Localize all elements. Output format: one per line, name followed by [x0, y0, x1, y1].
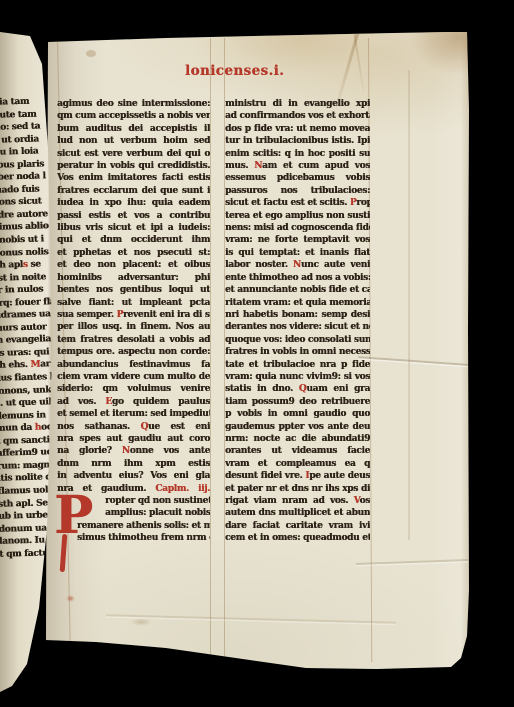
text-line: ad confirmandos vos et exhorta [225, 110, 370, 122]
text-line: siderio: qm voluimus venire [57, 383, 210, 395]
text-line: in adventu eius? Vos eni gla [57, 470, 210, 482]
ink-segment: stonus nolis [0, 247, 48, 259]
ink-segment: labor noster. [225, 260, 293, 270]
ink-segment: dus fiantes l [0, 372, 53, 384]
ink-segment: et semel et iterum: sed impediut [57, 409, 210, 419]
ink-segment: ad vos. [57, 397, 105, 407]
ink-segment: siderio: qm voluimus venire [57, 384, 210, 394]
text-column-right: ministru di in evangelio xpiad confirman… [225, 98, 370, 545]
ink-segment: et annunciante nobis fide et ca [225, 285, 370, 295]
text-line: terea et ego amplius non susti [225, 210, 370, 222]
ink-segment: tiam possum9 deo retribuere [225, 397, 370, 407]
rubric-segment: N [254, 161, 262, 171]
ink-segment: passi estis et vos a contribu [57, 211, 210, 221]
ink-segment: sth apl. Set s [0, 498, 54, 510]
text-line: passuros nos tribulacioes: [225, 185, 370, 197]
ink-segment: rigat viam nram ad vos. [225, 496, 354, 506]
text-line: nens: misi ad cognoscenda fide [225, 222, 370, 234]
text-line: na glorie? Nonne vos ante [57, 445, 210, 457]
ink-segment: mun da [0, 423, 35, 434]
ink-segment: sih apl [0, 260, 23, 271]
ink-segment: stimus ablio [0, 222, 49, 234]
text-line: ad vos. Ego quidem paulus [57, 396, 210, 408]
ink-segment: rum: magn [0, 460, 50, 471]
text-line: statis in dno. Quam eni gra [225, 383, 370, 395]
text-line: ritatem vram: et quia memoria [225, 297, 370, 309]
ink-segment: ue est eni [148, 422, 210, 432]
ink-segment: is qui temptat: et inanis fiat [225, 248, 370, 258]
text-line: mus. Nam et cum apud vos [225, 160, 370, 172]
ink-segment: statis in dno. [225, 384, 299, 394]
text-line: tem fratres desolati a vobis ad [57, 334, 210, 346]
text-line: et pphetas et nos psecuti st: [57, 247, 210, 259]
text-line: stonus nolis [0, 246, 53, 260]
chapter-initial-p: P [54, 490, 93, 542]
ink-segment: pe aute deus [309, 471, 370, 481]
ink-segment: donum ua [0, 523, 47, 534]
ink-segment: remanere athenis solis: et mi [77, 521, 210, 531]
ink-segment: dos p fide vra: ut nemo movea [225, 124, 370, 134]
ink-segment: ar in nulos [0, 285, 43, 296]
ink-segment: t qm sancti [0, 435, 50, 446]
text-line: dos p fide vra: ut nemo movea [225, 123, 370, 135]
text-line: fratres in vobis in omni necessi [225, 346, 370, 358]
ink-segment: chu in loia [0, 147, 38, 158]
ink-segment: nri habetis bonam: semp desi [225, 310, 370, 320]
ink-segment: vram: quia nunc vivim9: si vos [225, 372, 370, 382]
text-line: ciem vram videre cum multo de [57, 371, 210, 383]
ink-segment: cem et in omes: queadmodu et [225, 533, 370, 543]
ink-segment: ub in urbe o [0, 510, 54, 522]
ink-segment: t qm factu [0, 548, 49, 559]
ink-segment: simus thimotheu frem nrm et [77, 533, 210, 543]
ink-segment: bentes nos gentibus loqui ut [57, 285, 210, 295]
ink-segment: ar [40, 360, 50, 370]
text-line: nri habetis bonam: semp desi [225, 309, 370, 321]
ink-segment: vram et compleamus ea q [225, 459, 370, 469]
text-line: et deo non placent: et oibus [57, 259, 210, 271]
text-line: labor noster. Nunc aute veni [225, 259, 370, 271]
text-line: nra spes aut gaudiu aut coro [57, 433, 210, 445]
text-line: passi estis et vos a contribu [57, 210, 210, 222]
ink-segment: as uras: qui [0, 347, 49, 359]
text-line: iudea in xpo ihu: quia eadem [57, 197, 210, 209]
ink-segment: passuros nos tribulacioes: [225, 186, 370, 196]
running-title: lonicenses.i. [185, 63, 284, 79]
ink-segment: nra spes aut gaudiu aut coro [57, 434, 210, 444]
ink-segment: bum auditus dei accepistis il [57, 124, 210, 134]
text-line: ministru di in evangelio xpi [225, 98, 370, 110]
ink-segment: tur in tribulacionibus istis. Ipi [225, 136, 370, 146]
ink-segment: nens: misi ad cognoscenda fide [225, 223, 370, 233]
ink-segment: mus. [225, 161, 254, 171]
text-line: rigat viam nram ad vos. Vos [225, 495, 370, 507]
text-line: nos sathanas. Que est eni [57, 421, 210, 433]
ink-segment: na glorie? [57, 446, 122, 456]
ink-segment: go quidem paulus [112, 397, 210, 407]
text-line: agimus deo sine intermissione: [57, 98, 210, 110]
rubric-segment: Caplm. iij. [155, 484, 210, 494]
ink-segment: enim scitis: q in hoc positi su [225, 149, 370, 159]
text-line: dare faciat caritate vram ivi [225, 520, 370, 532]
text-line: et pater nr et dns nr ihs xps di [225, 483, 370, 495]
ink-segment: s. ut que uil [0, 397, 52, 409]
ink-segment: in evangelia [0, 335, 51, 347]
ink-segment: sidre autore [0, 209, 48, 221]
ink-segment: ministru di in evangelio xpi [225, 99, 370, 109]
text-line: vram: quia nunc vivim9: si vos [225, 371, 370, 383]
ink-segment: onne vos ante [130, 446, 210, 456]
ink-segment: terea et ego amplius non susti [225, 211, 370, 221]
ink-segment: sicut est vere verbum dei qui o [57, 149, 210, 159]
text-line: ub in urbe o [0, 509, 54, 523]
text-line: abundancius festinavimus fa [57, 359, 210, 371]
ink-segment: lanom. Iu tro [0, 535, 54, 547]
ink-segment: et pphetas et nos psecuti st: [57, 248, 210, 258]
rubric-segment: Q [140, 422, 148, 432]
text-line: gaudemus ppter vos ante deu [225, 421, 370, 433]
text-line: p vobis in omni gaudio quo [225, 408, 370, 420]
text-line: sicut et factu est et scitis. Prop [225, 197, 370, 209]
text-line: is qui temptat: et inanis fiat [225, 247, 370, 259]
crease [356, 559, 468, 565]
ink-segment: qui et dnm occiderunt ihm [57, 235, 210, 245]
ink-segment: in adventu eius? Vos eni gla [57, 471, 210, 481]
ink-segment: urq: fouer fla [0, 297, 54, 309]
text-line: libus vris sicut et ipi a iudeis: [57, 222, 210, 234]
ink-segment: revenit eni ira di su [123, 310, 210, 320]
ink-segment: lud non ut verbum hoim sed [57, 136, 210, 146]
ink-segment: gaudemus ppter vos ante deu [225, 422, 370, 432]
manuscript-page: lonicenses.i. agimus deo sine intermissi… [46, 30, 469, 672]
ink-segment: nrm: nocte ac die abundati9 [225, 434, 370, 444]
ink-segment: tem fratres desolati a vobis ad [57, 335, 210, 345]
ink-segment: et deo non placent: et oibus [57, 260, 210, 270]
previous-page-text: dnia tamat ute tamtolo: sed tard ut ordi… [0, 95, 54, 561]
photograph-background: lonicenses.i. agimus deo sine intermissi… [0, 0, 514, 707]
text-column-left: agimus deo sine intermissione:qm cum acc… [57, 98, 210, 545]
text-line: tempus ore. aspectu non corde: [57, 346, 210, 358]
ink-segment: fratres in vobis in omni necessi [225, 347, 370, 357]
ink-segment: flamus uolu [0, 485, 54, 497]
ink-segment: sicut et factu est et scitis. [225, 198, 350, 208]
ink-segment: Vos enim imitatores facti estis [57, 173, 210, 183]
ink-segment: orantes ut videamus facie [225, 446, 370, 456]
text-line: lud non ut verbum hoim sed [57, 135, 210, 147]
ink-segment: nos sathanas. [57, 422, 140, 432]
ink-segment: amplius: placuit nobis [105, 508, 210, 518]
ink-segment: peratur in vobis qui credidistis. [57, 161, 210, 171]
crease [353, 34, 364, 92]
ink-segment: essemus pdicebamus vobis [225, 173, 370, 183]
ink-segment: itis nolite d [0, 473, 51, 485]
ink-segment: derantes nos videre: sicut et nos [225, 322, 370, 332]
text-line: tur in tribulacionibus istis. Ipi [225, 135, 370, 147]
ink-segment: salve fiant: ut impleant pcta [57, 298, 210, 308]
text-line: ente thimotheo ad nos a vobis: [225, 272, 370, 284]
text-line: s. ut que uil [0, 396, 54, 410]
text-line: sicut est vere verbum dei qui o [57, 148, 210, 160]
ink-segment: libus vris sicut et ipi a iudeis: [57, 223, 210, 233]
text-line: autem dns multiplicet et abun [225, 507, 370, 519]
ink-segment: quoque vos: ideo consolati sum9 [225, 335, 370, 345]
crease [358, 356, 468, 366]
text-line: peratur in vobis qui credidistis. [57, 160, 210, 172]
text-line: per illos usq. in finem. Nos au [57, 321, 210, 333]
ink-segment: abundancius festinavimus fa [57, 360, 210, 370]
ink-segment: per illos usq. in finem. Nos au [57, 322, 210, 332]
ink-segment: unc aute veni [301, 260, 370, 270]
rubric-segment: M [30, 360, 40, 370]
ink-segment: at ute tam [0, 109, 36, 120]
text-line: flamus uolu [0, 484, 54, 498]
stain [405, 30, 469, 78]
text-line: enim scitis: q in hoc positi su [225, 148, 370, 160]
ink-segment: a nobis ut i [0, 234, 44, 245]
text-line: bentes nos gentibus loqui ut [57, 284, 210, 296]
text-line: dus fiantes l [0, 371, 54, 385]
text-line: quoque vos: ideo consolati sum9 [225, 334, 370, 346]
ink-segment: ust in noite [0, 272, 46, 284]
text-line: fratres ecclarum dei que sunt i [57, 185, 210, 197]
rubric-segment: N [293, 260, 301, 270]
text-line: tiam possum9 deo retribuere [225, 396, 370, 408]
ink-segment: ciem vram videre cum multo de [57, 372, 210, 382]
ink-segment: hominibs adversantur: phi [57, 273, 210, 283]
text-line: sua semper. Prevenit eni ira di su [57, 309, 210, 321]
text-line: t qm factu [0, 547, 54, 561]
ink-segment: mons sicut [0, 197, 42, 208]
ink-segment: am et cum apud vos [262, 161, 370, 171]
crease [336, 33, 359, 105]
crease [106, 614, 396, 624]
text-line: Vos enim imitatores facti estis [57, 172, 210, 184]
ink-segment: agimus deo sine intermissione: [57, 99, 210, 109]
rubric-segment: N [122, 446, 130, 456]
ink-segment: ropter qd non sustinetes [105, 496, 210, 506]
ink-segment: ch ehs. [0, 360, 31, 371]
ink-segment: ritatem vram: et quia memoria [225, 298, 370, 308]
ink-segment: desunt fidei vre. [225, 471, 305, 481]
text-line: vram et compleamus ea q [225, 458, 370, 470]
stain [66, 595, 75, 602]
ink-segment: p vobis in omni gaudio quo [225, 409, 370, 419]
text-line: tate et tribulacioe nra p fide [225, 359, 370, 371]
text-line: orantes ut videamus facie [225, 445, 370, 457]
ink-segment: tate et tribulacioe nra p fide [225, 360, 370, 370]
text-line: bum auditus dei accepistis il [57, 123, 210, 135]
text-line: et annunciante nobis fide et ca [225, 284, 370, 296]
ink-segment: afferim9 uo [0, 448, 52, 460]
text-line: qm cum accepissetis a nobis ver [57, 110, 210, 122]
ink-segment: alber noda l [0, 172, 46, 184]
ink-segment: dare faciat caritate vram ivi [225, 521, 370, 531]
ink-segment: murs autor [0, 322, 46, 333]
ink-segment: se [27, 260, 40, 270]
text-line: vram: ne forte temptavit vos [225, 234, 370, 246]
text-line: hominibs adversantur: phi [57, 272, 210, 284]
ink-segment: sua semper. [57, 310, 117, 320]
text-line: ust in noite [0, 271, 54, 285]
ink-segment: dnia tam [0, 97, 29, 108]
stain [130, 618, 152, 626]
ink-segment: albus plaris [0, 159, 44, 171]
text-line: qui et dnm occiderunt ihm [57, 234, 210, 246]
ink-segment: rd ut ordia [0, 134, 39, 145]
stain [86, 50, 96, 57]
ink-segment: iudea in xpo ihu: quia eadem [57, 198, 210, 208]
text-line: essemus pdicebamus vobis [225, 172, 370, 184]
ink-segment: qm cum accepissetis a nobis ver [57, 111, 210, 121]
text-line: et semel et iterum: sed impediut [57, 408, 210, 420]
text-line: lanom. Iu tro [0, 534, 54, 548]
ink-segment: sidrames ua [0, 310, 51, 322]
ink-segment: os [360, 496, 370, 506]
text-line: alber noda l [0, 170, 51, 184]
text-line: cem et in omes: queadmodu et [225, 532, 370, 544]
ink-segment: quado fuis [0, 184, 39, 195]
crease [408, 70, 410, 540]
text-line: salve fiant: ut impleant pcta [57, 297, 210, 309]
ink-segment: tempus ore. aspectu non corde: [57, 347, 210, 357]
text-line: stimus ablio [0, 221, 52, 235]
text-line: desunt fidei vre. Ipe aute deus [225, 470, 370, 482]
ink-segment: demuns in [0, 410, 46, 421]
text-line: derantes nos videre: sicut et nos [225, 321, 370, 333]
ink-segment: ente thimotheo ad nos a vobis: [225, 273, 370, 283]
ink-segment: ad confirmandos vos et exhorta [225, 111, 370, 121]
ink-segment: et pater nr et dns nr ihs xps di [225, 484, 370, 494]
text-line: dnm nrm ihm xpm estis [57, 458, 210, 470]
ink-segment: autem dns multiplicet et abun [225, 508, 370, 518]
ink-segment: uam eni gra [306, 384, 370, 394]
ink-segment: rop [356, 198, 370, 208]
ink-segment: vram: ne forte temptavit vos [225, 235, 370, 245]
ink-segment: fratres ecclarum dei que sunt i [57, 186, 210, 196]
ink-segment: tolo: sed ta [0, 122, 40, 133]
previous-page-edge: dnia tamat ute tamtolo: sed tard ut ordi… [0, 28, 54, 700]
ink-segment: dnm nrm ihm xpm estis [57, 459, 210, 469]
ink-segment: innons, unk [0, 385, 51, 397]
text-line: nrm: nocte ac die abundati9 [225, 433, 370, 445]
ruling-line [210, 38, 211, 662]
